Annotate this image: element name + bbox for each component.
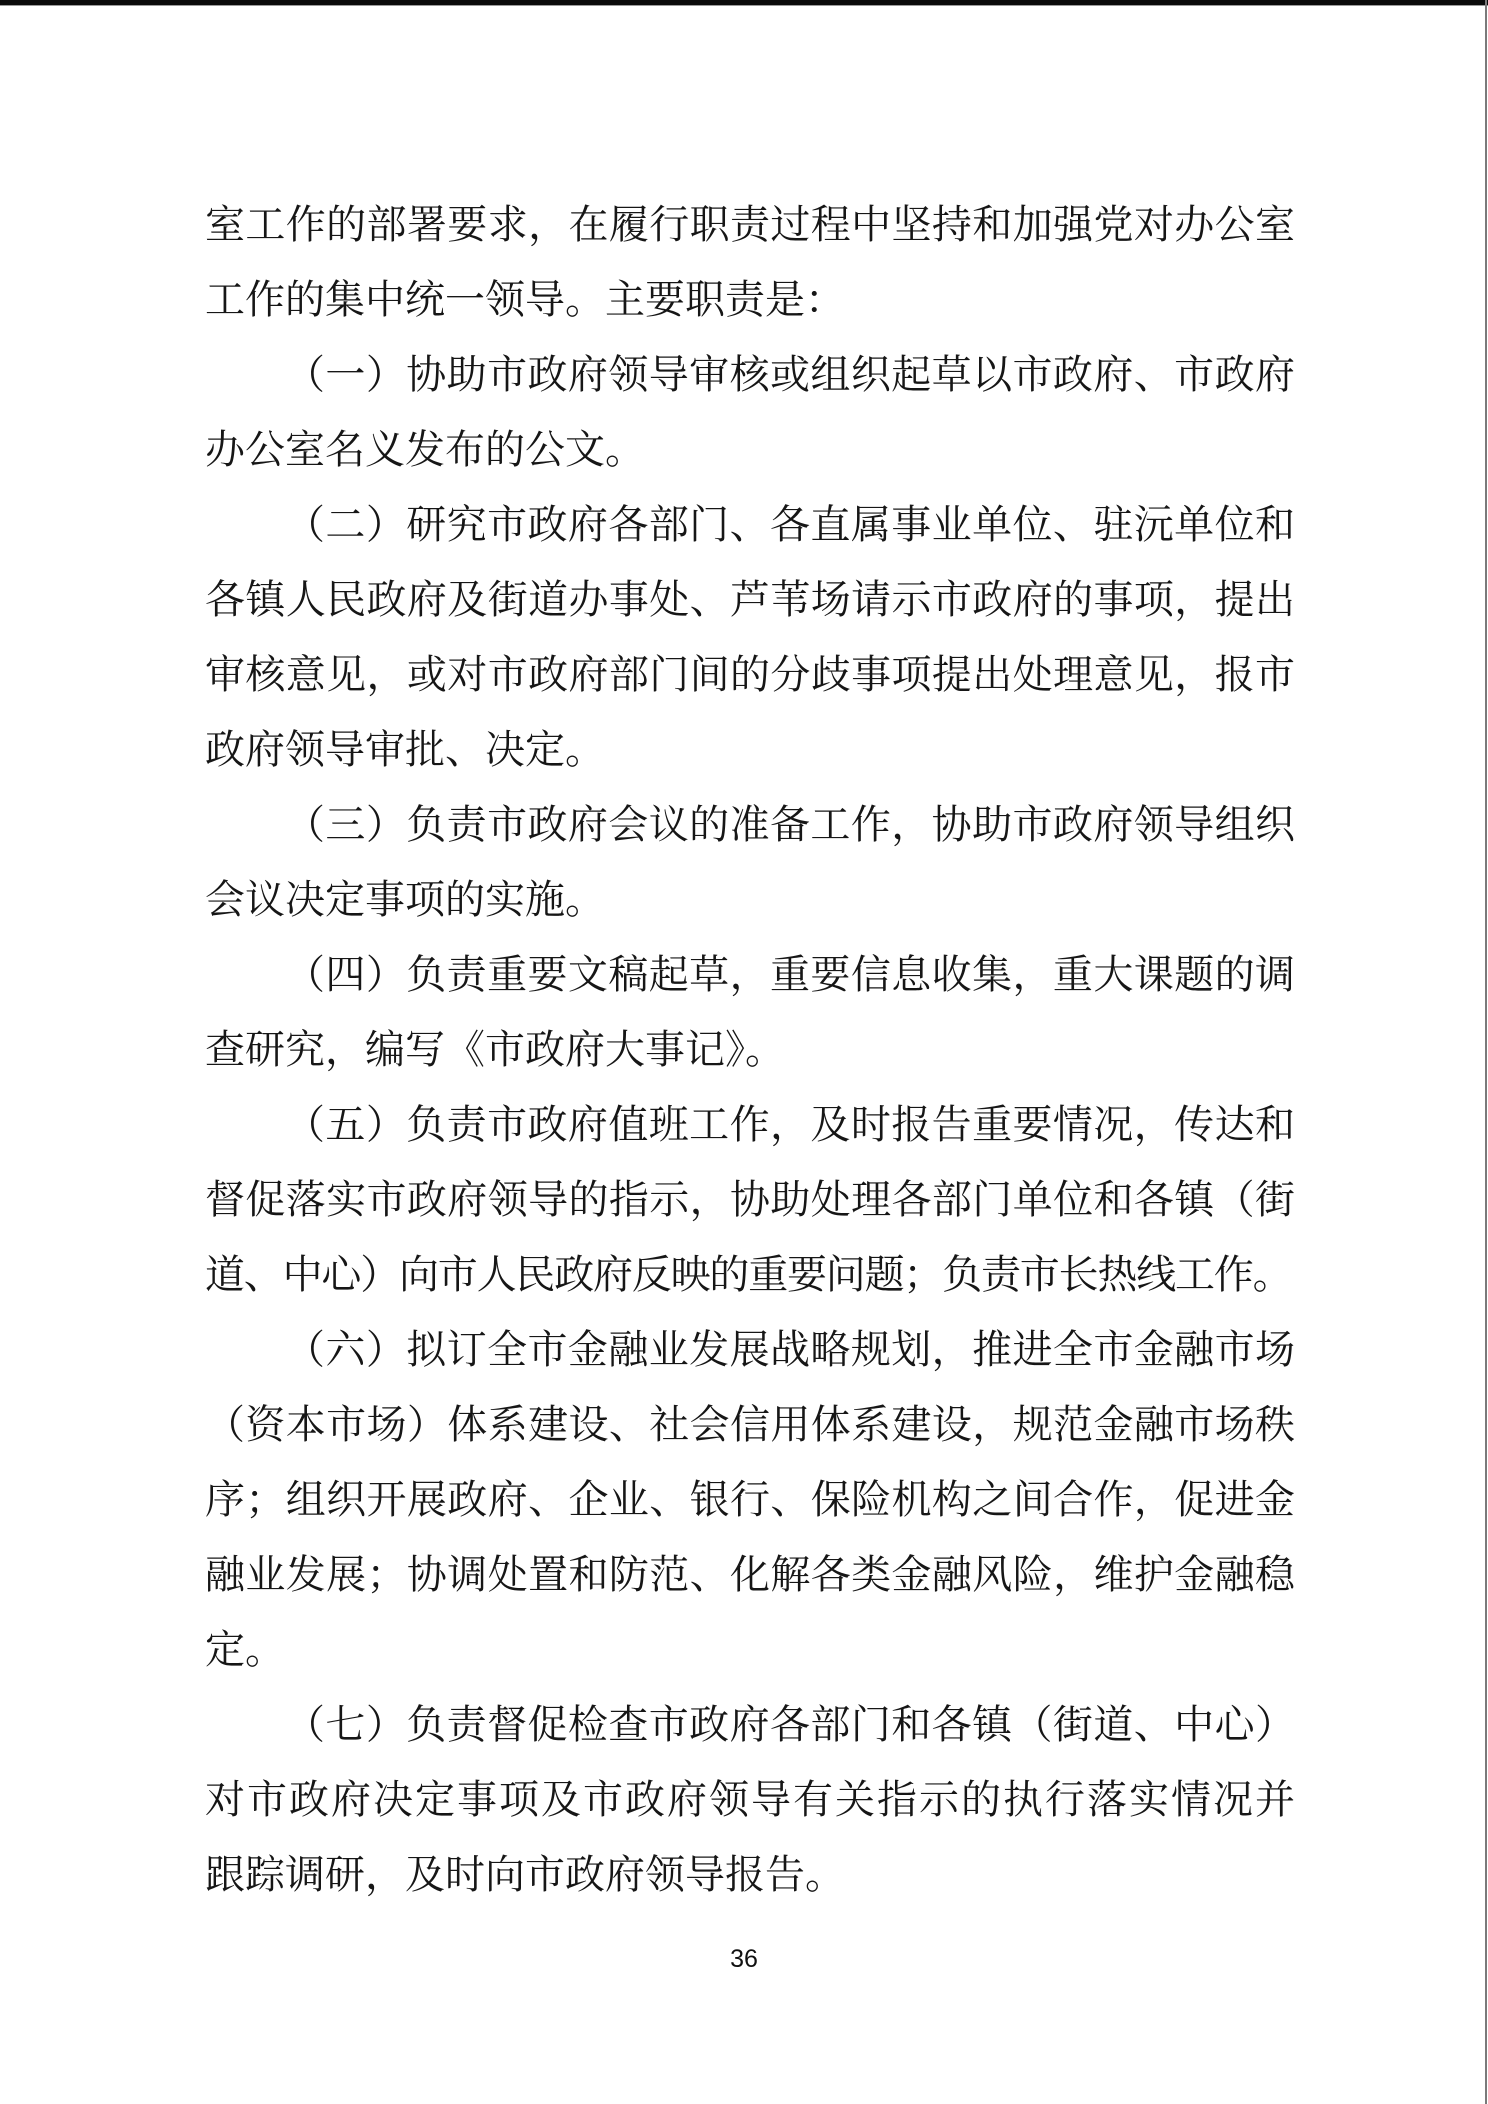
text-line: 定。 — [205, 1612, 1295, 1687]
text-line: （资本市场）体系建设、社会信用体系建设，规范金融市场秩 — [205, 1387, 1295, 1462]
text-line: 督促落实市政府领导的指示，协助处理各部门单位和各镇（街 — [205, 1162, 1295, 1237]
document-body: 室工作的部署要求，在履行职责过程中坚持和加强党对办公室 工作的集中统一领导。主要… — [205, 187, 1295, 1912]
text-line: 办公室名义发布的公文。 — [205, 412, 1295, 487]
document-page: 室工作的部署要求，在履行职责过程中坚持和加强党对办公室 工作的集中统一领导。主要… — [0, 0, 1488, 2104]
text-line: 序；组织开展政府、企业、银行、保险机构之间合作，促进金 — [205, 1462, 1295, 1537]
text-line: （五）负责市政府值班工作，及时报告重要情况，传达和 — [205, 1087, 1295, 1162]
top-border-shadow — [0, 5, 1488, 6]
text-line: 各镇人民政府及街道办事处、芦苇场请示市政府的事项，提出 — [205, 562, 1295, 637]
text-line: （二）研究市政府各部门、各直属事业单位、驻沅单位和 — [205, 487, 1295, 562]
right-border — [1485, 0, 1487, 2104]
text-line: （三）负责市政府会议的准备工作，协助市政府领导组织 — [205, 787, 1295, 862]
text-line: 查研究，编写《市政府大事记》。 — [205, 1012, 1295, 1087]
text-line: 政府领导审批、决定。 — [205, 712, 1295, 787]
page-number: 36 — [0, 1944, 1488, 1974]
text-line: 会议决定事项的实施。 — [205, 862, 1295, 937]
text-line: 工作的集中统一领导。主要职责是： — [205, 262, 1295, 337]
text-line: （六）拟订全市金融业发展战略规划，推进全市金融市场 — [205, 1312, 1295, 1387]
text-line: （一）协助市政府领导审核或组织起草以市政府、市政府 — [205, 337, 1295, 412]
text-line: 道、中心）向市人民政府反映的重要问题；负责市长热线工作。 — [205, 1237, 1295, 1312]
text-line: 跟踪调研，及时向市政府领导报告。 — [205, 1837, 1295, 1912]
text-line: 室工作的部署要求，在履行职责过程中坚持和加强党对办公室 — [205, 187, 1295, 262]
text-line: （四）负责重要文稿起草，重要信息收集，重大课题的调 — [205, 937, 1295, 1012]
text-line: 审核意见，或对市政府部门间的分歧事项提出处理意见，报市 — [205, 637, 1295, 712]
text-line: （七）负责督促检查市政府各部门和各镇（街道、中心） — [205, 1687, 1295, 1762]
text-line: 对市政府决定事项及市政府领导有关指示的执行落实情况并 — [205, 1762, 1295, 1837]
text-line: 融业发展；协调处置和防范、化解各类金融风险，维护金融稳 — [205, 1537, 1295, 1612]
